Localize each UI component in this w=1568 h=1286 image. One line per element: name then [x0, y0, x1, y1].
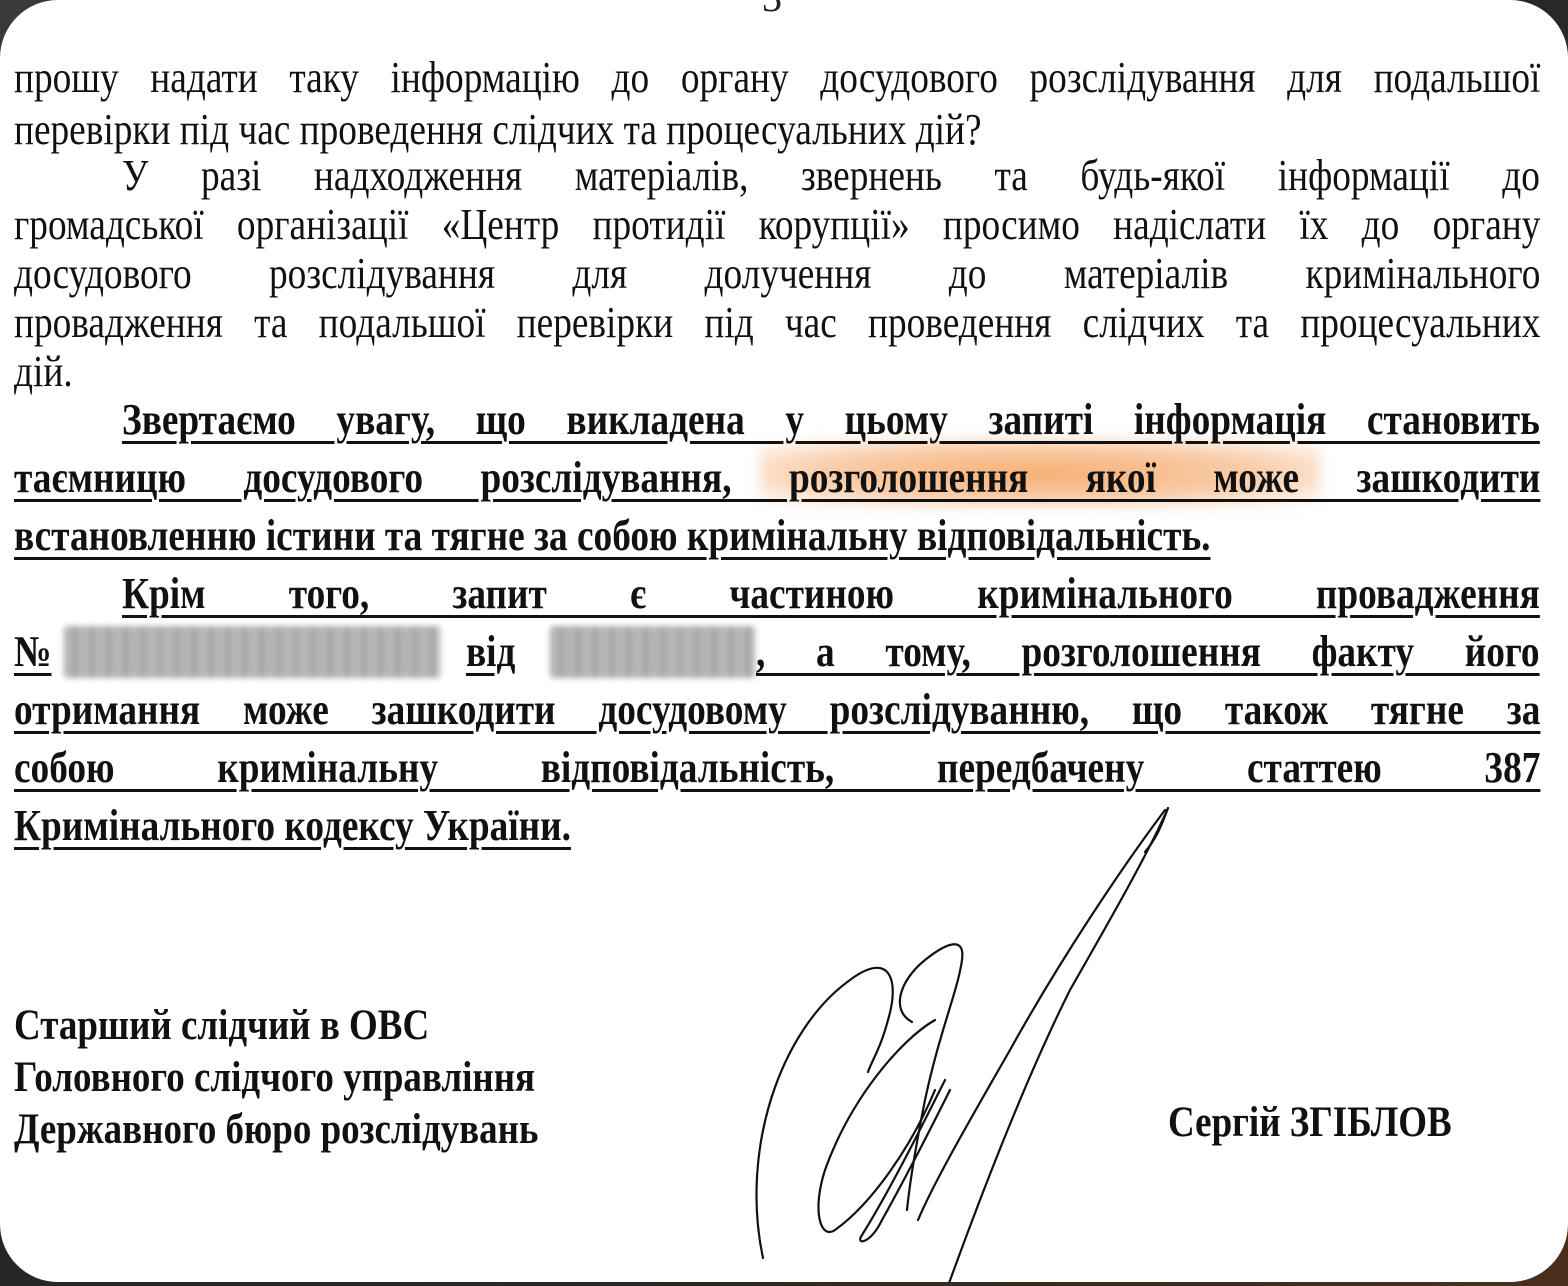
- signer-position-line: Старший слідчий в ОВС: [14, 1000, 429, 1052]
- paragraph-line: провадження та подальшої перевірки під ч…: [14, 297, 1540, 349]
- paragraph-line: дій.: [14, 346, 1540, 398]
- case-notice-line: отримання може зашкодити досудовому розс…: [14, 684, 1540, 736]
- number-sign: №: [14, 626, 51, 678]
- warning-line: Звертаємо увагу, що викладена у цьому за…: [14, 394, 1540, 446]
- redacted-date: [550, 626, 755, 678]
- case-notice-line: собою кримінальну відповідальність, пере…: [14, 742, 1540, 794]
- paragraph-line: перевірки під час проведення слідчих та …: [14, 104, 1540, 156]
- case-notice-line: , а тому, розголошення факту його: [756, 626, 1540, 678]
- document-page: 3 прошу надати таку інформацію до органу…: [0, 0, 1568, 1282]
- redacted-case-number: [64, 626, 440, 678]
- paragraph-line: громадської організації «Центр протидії …: [14, 199, 1540, 251]
- page-number: 3: [762, 0, 782, 21]
- warning-line: таємницю досудового розслідування, розго…: [14, 452, 1540, 504]
- case-notice-line: Крім того, запит є частиною кримінальног…: [14, 568, 1540, 620]
- signer-position-line: Головного слідчого управління: [14, 1052, 535, 1104]
- paragraph-line: У разі надходження матеріалів, звернень …: [14, 150, 1540, 202]
- handwritten-signature: [740, 790, 1380, 1282]
- case-notice-from: від: [466, 626, 546, 678]
- warning-line: встановленню істини та тягне за собою кр…: [14, 510, 1540, 562]
- signer-name: Сергій ЗГІБЛОВ: [1168, 1098, 1452, 1147]
- signer-position-line: Державного бюро розслідувань: [14, 1104, 538, 1156]
- paragraph-line: прошу надати таку інформацію до органу д…: [14, 52, 1540, 104]
- paragraph-line: досудового розслідування для долучення д…: [14, 248, 1540, 300]
